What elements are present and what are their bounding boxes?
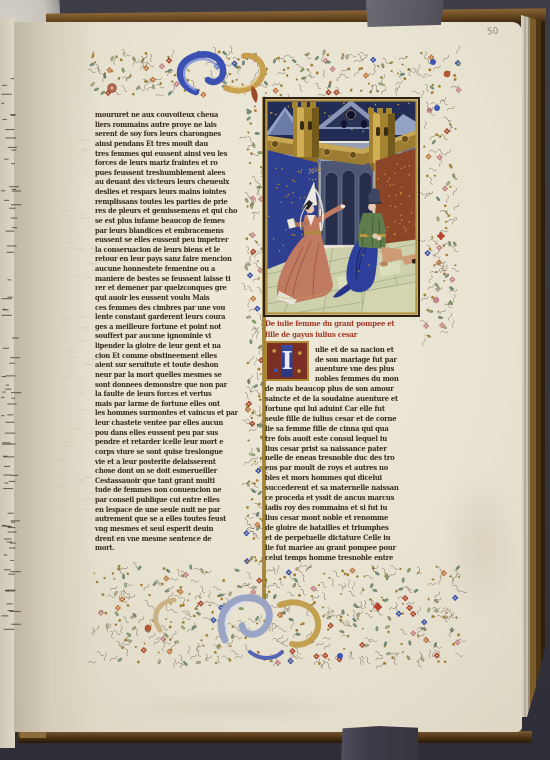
text-line: de mais beaucop plus de son amour	[265, 384, 421, 394]
acanthus-scroll-bottom	[145, 598, 382, 659]
border-right	[417, 96, 460, 346]
text-line: serent de soy fors leurs charongnes	[95, 129, 247, 139]
text-line: ainsi pendans Et tres moult dau	[95, 139, 247, 149]
text-line: la faulte de leurs forces et vertus	[95, 389, 247, 399]
text-line: deslies et respars leurs mains iointes	[95, 187, 247, 197]
text-line: celui temps homme tresnoble entre	[265, 553, 421, 563]
text-line: la conseruacion de leurs biens et le	[95, 245, 247, 255]
text-line: les hommes surmontes et vaincus et par	[95, 408, 247, 418]
text-line: autrement que se a elles toutes feust	[95, 514, 247, 524]
text-line: seule fille de iulius cesar et de corne	[265, 414, 421, 424]
text-line: maniere de bestes se feussent laisse ti	[95, 274, 247, 284]
text-line: lie fut mariee au grant pompee pour	[265, 543, 421, 553]
text-line: sont donnees demonstre que non par	[95, 380, 247, 390]
page-holder-tab-bottom	[341, 726, 418, 760]
text-line: lius cesar prist sa naissance pater	[265, 444, 421, 454]
folio-number: 50	[487, 27, 499, 38]
text-line: se est plus infame beaucop de femes	[95, 216, 247, 226]
text-line: ulie et de sa nacion et	[315, 345, 421, 355]
text-line: forces de leurs mariz fraintes et ro	[95, 158, 247, 168]
text-line: vie et a leur posterite delaisserent	[95, 457, 247, 467]
text-line: qui auoir les eussent voulu Mais	[95, 293, 247, 303]
text-line: neur par la mort quelles mesmes se	[95, 370, 247, 380]
text-line: et de perpetuelle dictature Celle iu	[265, 533, 421, 543]
text-line: Cestassauoir que tant grant multi	[95, 476, 247, 486]
text-line: lente constant garderent leurs coura	[95, 312, 247, 322]
acanthus-scroll-top	[108, 54, 451, 103]
text-line: retour en leur pays sanz faire mencion	[95, 254, 247, 264]
text-line: res de pleurs et gemissemens et qui cho	[95, 206, 247, 216]
text-line: ges a meilleure fortune et point not	[95, 322, 247, 332]
left-text-column: moururet ne aux couvoiteux cheualiers ro…	[95, 110, 247, 553]
text-line: tres femmes qui eussent ainsi veu les	[95, 149, 247, 159]
text-line: rer et demener par quelzconques gre	[95, 283, 247, 293]
text-line: saincte et de la soudaine auenture et	[265, 394, 421, 404]
text-line: corps viure se sont quise treslongue	[95, 447, 247, 457]
text-line: lie sa femme fille de cinna qui qua	[265, 424, 421, 434]
text-line: lius cesar mont noble et renomme	[265, 513, 421, 523]
text-line: aient sur seruitute et toute deshon	[95, 360, 247, 370]
text-line: bles et mors hommes qui dicelui	[265, 473, 421, 483]
rubric-line: fille de gayus iulius cesar	[265, 329, 421, 340]
text-line: moururet ne aux couvoiteux cheua	[95, 110, 247, 120]
text-line: pendre et retarder icelle leur mort e	[95, 437, 247, 447]
text-line: liers rommains autre proye ne lais	[95, 120, 247, 130]
photo-backdrop: moururet ne aux couvoiteux cheualiers ro…	[0, 0, 550, 760]
text-line: drent en vne mesme sentence de	[95, 534, 247, 544]
gold-turret-left	[292, 102, 319, 165]
text-line: tre fois auoit este consul lequel iu	[265, 434, 421, 444]
text-line: pues feussent treshumblement alees	[95, 168, 247, 178]
text-line: mort.	[95, 543, 247, 553]
text-line: eussent se elles eussent peu impetrer	[95, 235, 247, 245]
text-line: par leurs blandices et embracemens	[95, 226, 247, 236]
initial-letter: I	[282, 345, 293, 377]
facing-page-text-edge	[1, 78, 22, 630]
text-line: vng mesmes et seul esperit deuin	[95, 524, 247, 534]
right-text-column-inset: ulie et de sa nacion etde son mariage fu…	[315, 345, 421, 384]
text-line: ces femmes des cimbres par une vou	[95, 303, 247, 313]
text-line: succederent et sa maternelle naissan	[265, 483, 421, 493]
text-line: remplissans toutes les parties de prie	[95, 197, 247, 207]
text-line: pou dans elles eussent peu par sus	[95, 428, 247, 438]
miniature-painting: Julie	[263, 97, 420, 317]
text-line: en lespace de une seule nuit ne par	[95, 505, 247, 515]
decorated-initial: I	[265, 341, 309, 381]
rubric: De iulie femme du grant pompee etfille d…	[265, 318, 421, 340]
text-line: chose dont on se doit esmerueiller	[95, 466, 247, 476]
text-line: mais par larme de fortune elles ont	[95, 399, 247, 409]
text-line: au deuant des victeurs leurs cheueulx	[95, 177, 247, 187]
text-line: de gloire de batailles et triumphes	[265, 523, 421, 533]
rubric-line: De iulie femme du grant pompee et	[265, 318, 421, 329]
text-line: ce proceda et yssit de ancus marcus	[265, 493, 421, 503]
text-line: iadis roy des rommains et si fut iu	[265, 503, 421, 513]
text-line: cion Et comme obstineement elles	[95, 351, 247, 361]
text-line: auenture vne des plus	[315, 364, 421, 374]
border-top	[87, 46, 461, 103]
text-line: souffert par aucune ignominie vi	[95, 331, 247, 341]
text-line: de son mariage fut par	[315, 355, 421, 365]
text-line: aucune honnestete femenine ou a	[95, 264, 247, 274]
right-text-column: de mais beaucop plus de son amoursaincte…	[265, 384, 421, 563]
text-line: tude de femmes non conuencion ne	[95, 485, 247, 495]
text-line: nelle de eneas tresnoble duc des tro	[265, 453, 421, 463]
text-line: ens par moult de roys et autres no	[265, 463, 421, 473]
text-line: leur chastete ventee par elles aucun	[95, 418, 247, 428]
text-line: nobles femmes du mon	[315, 374, 421, 384]
text-line: lipender la gloire de leur gent et na	[95, 341, 247, 351]
page-holder-tab-top	[366, 0, 444, 27]
text-line: par conseil publique cui entre elles	[95, 495, 247, 505]
text-line: fortune qui lui aduint Car elle fut	[265, 404, 421, 414]
